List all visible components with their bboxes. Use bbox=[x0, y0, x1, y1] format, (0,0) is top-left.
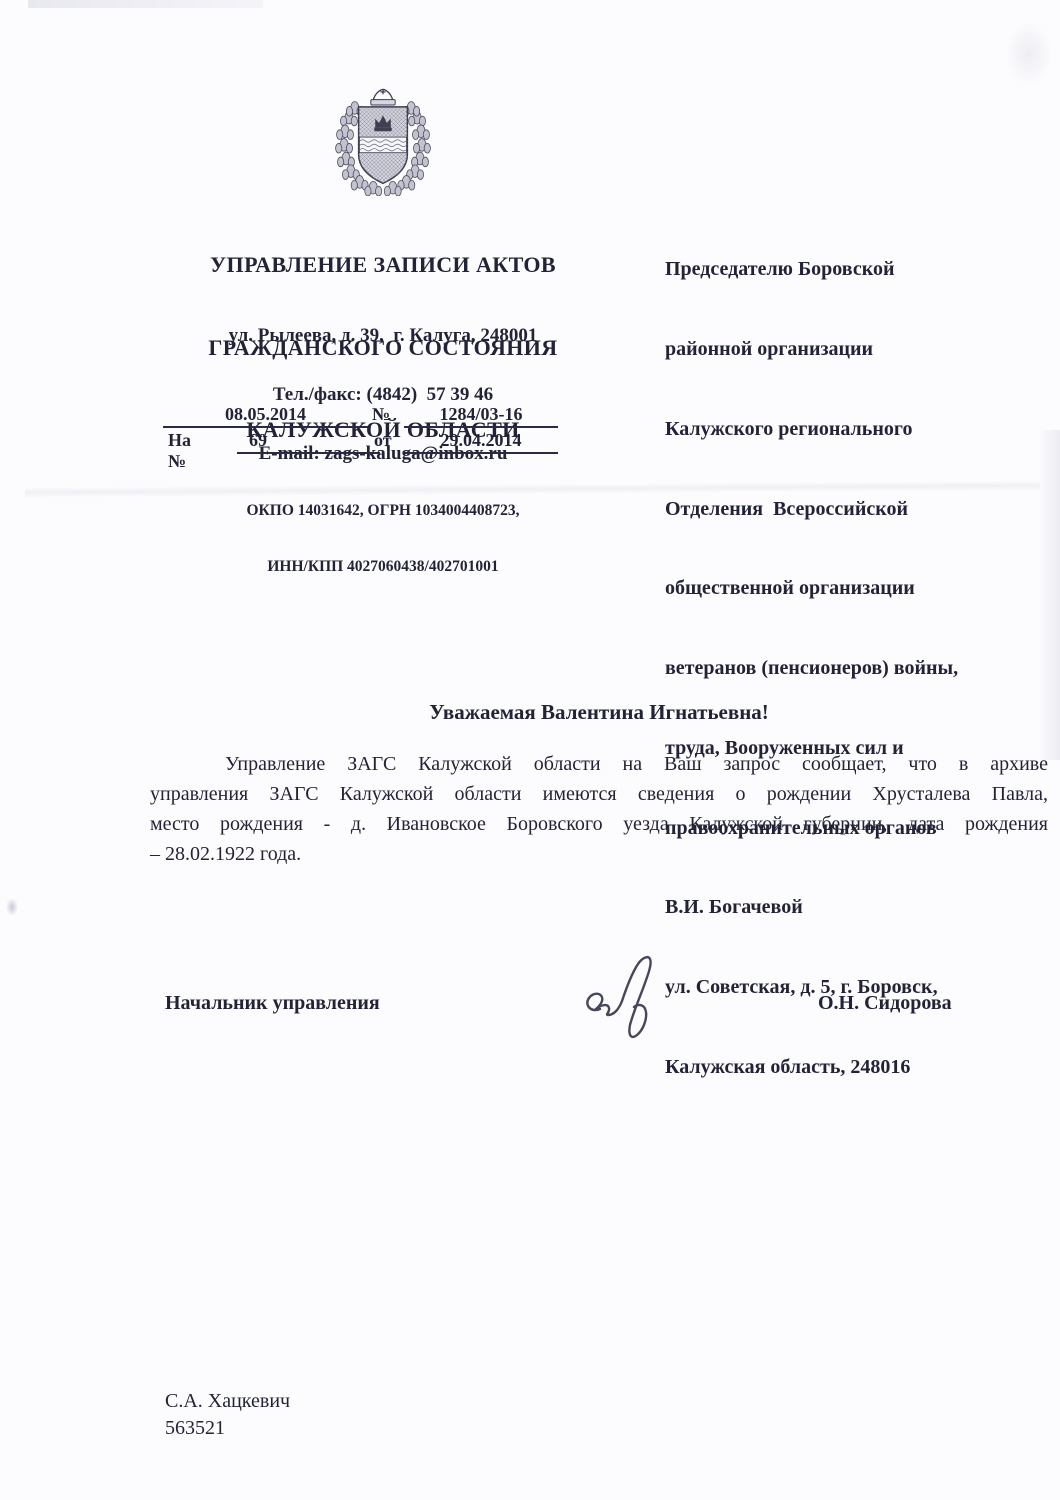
addressee-line: Отделения Всероссийской bbox=[665, 496, 1057, 523]
org-name-line: УПРАВЛЕНИЕ ЗАПИСИ АКТОВ bbox=[133, 251, 633, 279]
addressee-line: районной организации bbox=[665, 336, 1057, 363]
org-okpo-ogrn: ОКПО 14031642, ОГРН 1034004408723, bbox=[133, 501, 633, 521]
addressee-line: общественной организации bbox=[665, 575, 1057, 602]
number-sign: № bbox=[372, 404, 390, 426]
signer-position-title: Начальник управления bbox=[165, 992, 380, 1015]
letter-body: Управление ЗАГС Калужской области на Ваш… bbox=[150, 749, 1048, 869]
addressee-line: ветеранов (пенсионеров) войны, bbox=[665, 655, 1057, 682]
scanned-letter-page: УПРАВЛЕНИЕ ЗАПИСИ АКТОВ ГРАЖДАНСКОГО СОС… bbox=[0, 0, 1060, 1500]
reply-label: На № bbox=[168, 430, 191, 452]
salutation: Уважаемая Валентина Игнатьевна! bbox=[150, 700, 1048, 725]
kaluga-oblast-coat-of-arms-icon bbox=[310, 86, 456, 196]
scan-artifact-corner-smudge bbox=[1006, 22, 1052, 86]
org-phone: Тел./факс: (4842) 57 39 46 bbox=[133, 383, 633, 406]
executor-name: С.А. Хацкевич bbox=[165, 1388, 290, 1415]
incoming-date: 29.04.2014 bbox=[404, 430, 558, 454]
body-line: место рождения - д. Ивановское Боровског… bbox=[150, 809, 1048, 839]
incoming-number: 69 bbox=[237, 430, 380, 454]
body-line: – 28.02.1922 года. bbox=[150, 839, 1048, 869]
outgoing-number: 1284/03-16 bbox=[404, 404, 558, 428]
outgoing-date: 08.05.2014 bbox=[163, 404, 368, 428]
addressee-line: Калужская область, 248016 bbox=[665, 1054, 1057, 1081]
addressee-line: Председателю Боровской bbox=[665, 256, 1057, 283]
org-postal-address: ул. Рылеева, д. 39, г. Калуга, 248001 bbox=[133, 324, 633, 347]
handwritten-signature-icon bbox=[578, 943, 688, 1048]
scan-artifact-left-mark bbox=[6, 898, 18, 916]
body-line: Управление ЗАГС Калужской области на Ваш… bbox=[150, 749, 1048, 779]
org-inn-kpp: ИНН/КПП 4027060438/402701001 bbox=[133, 557, 633, 577]
body-line: управления ЗАГС Калужской области имеютс… bbox=[150, 779, 1048, 809]
signer-name: О.Н. Сидорова bbox=[818, 992, 952, 1015]
addressee-line: В.И. Богачевой bbox=[665, 894, 1057, 921]
scan-artifact-top-strip bbox=[28, 0, 263, 8]
executor-phone: 563521 bbox=[165, 1415, 290, 1442]
addressee-line: Калужского регионального bbox=[665, 416, 1057, 443]
executor-block: С.А. Хацкевич 563521 bbox=[165, 1388, 290, 1442]
from-label: от bbox=[374, 430, 392, 452]
